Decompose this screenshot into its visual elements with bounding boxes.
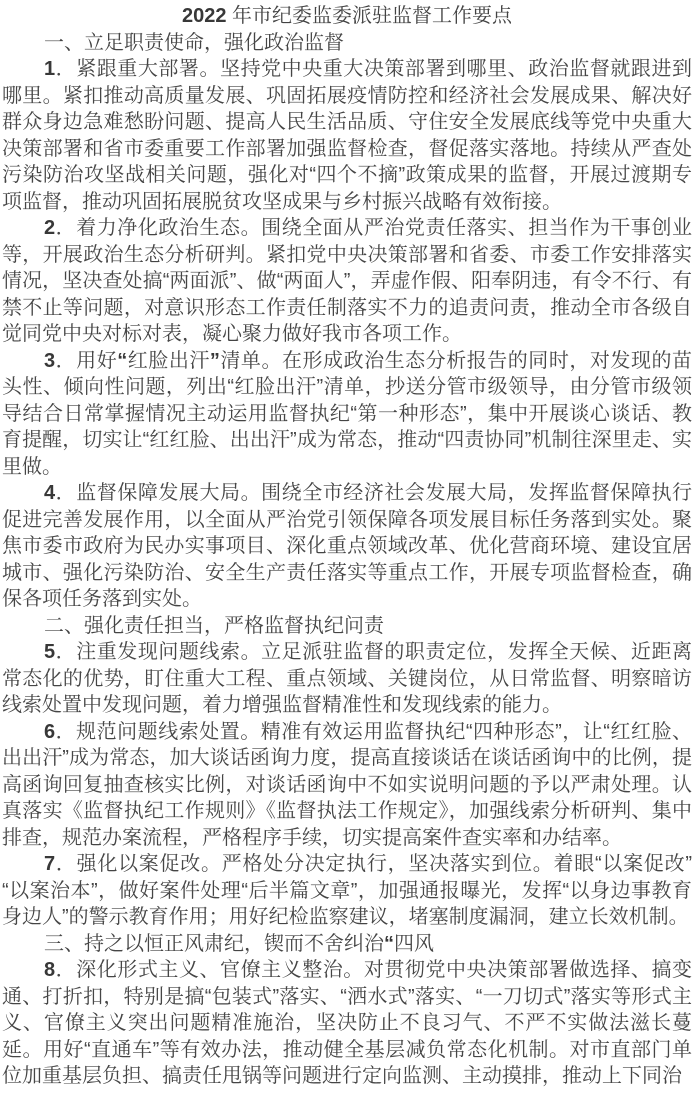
bold-text-run: 2 (44, 217, 55, 239)
bold-text-run: 4 (44, 482, 55, 504)
paragraph: 4．监督保障发展大局。围绕全市经济社会发展大局，发挥监督保障执行促进完善发展作用… (2, 480, 692, 613)
text-run: 年市纪委监委派驻监督工作要点 (226, 5, 512, 27)
document-title: 2022 年市纪委监委派驻监督工作要点 (2, 3, 692, 30)
bold-text-run: “ (384, 933, 394, 955)
bold-text-run: 5 (44, 641, 55, 663)
document-page: 2022 年市纪委监委派驻监督工作要点 一、立足职责使命，强化政治监督1．紧跟重… (0, 0, 693, 1097)
text-run: ．深化形式主义、官僚主义整治。对贯彻党中央决策部署做选择、搞变通、打折扣，特别是… (2, 959, 692, 1087)
paragraph: 5．注重发现问题线索。立足派驻监督的职责定位，发挥全天候、近距离常态化的优势，盯… (2, 639, 692, 719)
paragraph: 3．用好“红脸出汗”清单。在形成政治生态分析报告的同时，对发现的苗头性、倾向性问… (2, 348, 692, 481)
text-run: ．着力净化政治生态。围绕全面从严治党责任落实、担当作为干事创业等，开展政治生态分… (2, 217, 692, 345)
bold-text-run: 6 (44, 721, 55, 743)
text-run: ．规范问题线索处置。精准有效运用监督执纪“四种形态”，让“红红脸、出出汗”成为常… (2, 721, 692, 849)
text-run: ．监督保障发展大局。围绕全市经济社会发展大局，发挥监督保障执行促进完善发展作用，… (2, 482, 692, 610)
bold-text-run: 3 (44, 350, 55, 372)
bold-text-run: 7 (44, 853, 55, 875)
text-run: 四风 (394, 933, 434, 955)
bold-text-run: “ (117, 350, 127, 372)
bold-text-run: 1 (44, 58, 55, 80)
document-content: 一、立足职责使命，强化政治监督1．紧跟重大部署。坚持党中央重大决策部署到哪里、政… (2, 30, 692, 1090)
text-run: 二、强化责任担当，严格监督执纪问责 (44, 615, 384, 637)
text-run: 一、立足职责使命，强化政治监督 (44, 32, 344, 54)
section-heading: 一、立足职责使命，强化政治监督 (2, 30, 692, 57)
text-run: 三、持之以恒正风肃纪，锲而不舍纠治 (44, 933, 384, 955)
bold-text-run: ” (210, 350, 220, 372)
text-run: 红脸出汗 (127, 350, 210, 372)
bold-text-run: 8 (44, 959, 55, 981)
paragraph: 7．强化以案促改。严格处分决定执行，坚决落实到位。着眼“以案促改”“以案治本”，… (2, 851, 692, 931)
bold-text-run: 2022 (182, 5, 227, 27)
section-heading: 二、强化责任担当，严格监督执纪问责 (2, 613, 692, 640)
section-heading: 三、持之以恒正风肃纪，锲而不舍纠治“四风 (2, 931, 692, 958)
text-run: ．强化以案促改。严格处分决定执行，坚决落实到位。着眼“以案促改”“以案治本”，做… (2, 853, 692, 928)
paragraph: 6．规范问题线索处置。精准有效运用监督执纪“四种形态”，让“红红脸、出出汗”成为… (2, 719, 692, 852)
paragraph: 8．深化形式主义、官僚主义整治。对贯彻党中央决策部署做选择、搞变通、打折扣，特别… (2, 957, 692, 1090)
paragraph: 2．着力净化政治生态。围绕全面从严治党责任落实、担当作为干事创业等，开展政治生态… (2, 215, 692, 348)
text-run: ．紧跟重大部署。坚持党中央重大决策部署到哪里、政治监督就跟进到哪里。紧扣推动高质… (2, 58, 692, 213)
text-run: ．用好 (55, 350, 117, 372)
paragraph: 1．紧跟重大部署。坚持党中央重大决策部署到哪里、政治监督就跟进到哪里。紧扣推动高… (2, 56, 692, 215)
text-run: ．注重发现问题线索。立足派驻监督的职责定位，发挥全天候、近距离常态化的优势，盯住… (2, 641, 692, 716)
